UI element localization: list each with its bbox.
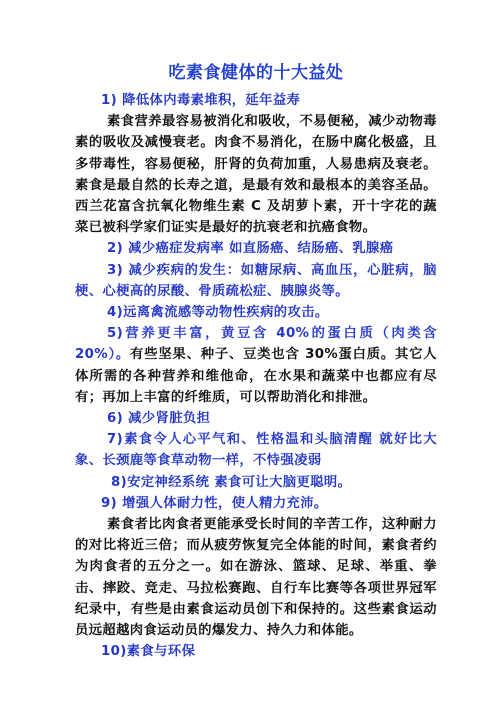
section-6-heading: 6) 减少肾脏负担 — [75, 408, 437, 429]
document-title: 吃素食健体的十大益处 — [75, 62, 437, 84]
document-page: 吃素食健体的十大益处 1) 降低体内毒素堆积，延年益寿 素食营养最容易被消化和吸… — [75, 62, 437, 662]
section-3-heading: 3) 减少疾病的发生：如糖尿病、高血压，心脏病，脑梗、心梗高的尿酸、骨质疏松症、… — [75, 260, 437, 302]
section-9-body: 素食者比肉食者更能承受长时间的辛苦工作，这种耐力的对比将近三倍；而从疲劳恢复完全… — [75, 514, 437, 641]
section-1-heading: 1) 降低体内毒素堆积，延年益寿 — [75, 90, 437, 111]
section-8-heading: 8)安定神经系统 素食可让大脑更聪明。 — [75, 472, 437, 493]
section-4-heading: 4)远离禽流感等动物性疾病的攻击。 — [75, 302, 437, 323]
section-7-heading: 7)素食令人心平气和、性格温和头脑清醒 就好比大象、长颈鹿等食草动物一样，不恃强… — [75, 429, 437, 471]
section-9-heading: 9) 增强人体耐力性，使人精力充沛。 — [75, 493, 437, 514]
section-10-heading: 10)素食与环保 — [75, 641, 437, 662]
section-1-body: 素食营养最容易被消化和吸收，不易便秘，减少动物毒素的吸收及减慢衰老。肉食不易消化… — [75, 111, 437, 238]
section-2-heading: 2) 减少癌症发病率 如直肠癌、结肠癌、乳腺癌 — [75, 238, 437, 259]
section-5-body: 有些坚果、种子、豆类也含 30%蛋白质。其它人体所需的各种营养和维他命，在水果和… — [75, 347, 437, 404]
section-5-paragraph: 5)营养更丰富，黄豆含 40%的蛋白质（肉类含 20%）。有些坚果、种子、豆类也… — [75, 323, 437, 408]
